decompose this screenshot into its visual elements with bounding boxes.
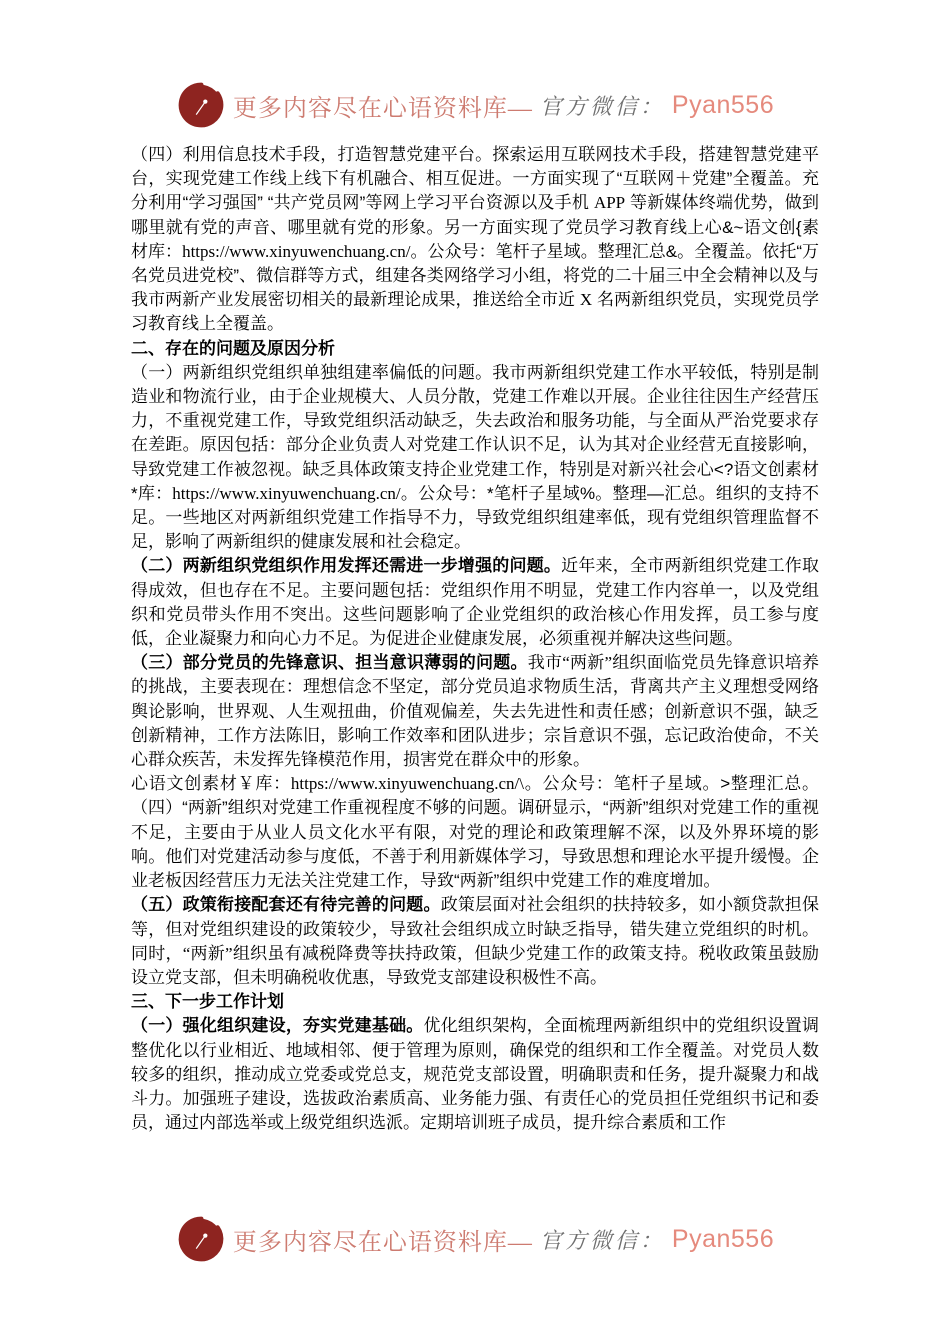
paragraph-problem-1: （一）两新组织党组织单独组建率偏低的问题。我市两新组织党建工作水平较低，特别是制… — [131, 361, 819, 555]
paragraph-problem-2: （二）两新组织党组织作用发挥还需进一步增强的问题。近年来，全市两新组织党建工作取… — [131, 554, 819, 651]
text-segment-bold: （三）部分党员的先锋意识、担当意识薄弱的问题。 — [131, 653, 528, 672]
text-segment-url: https://www.xinyuwenchuang.cn/ — [182, 242, 410, 261]
watermark-text-wechat-label: 官方微信： — [540, 90, 665, 121]
text-segment-bold: （二）两新组织党组织作用发挥还需进一步增强的问题。 — [131, 556, 561, 575]
heading-section-3: 三、下一步工作计划 — [131, 990, 819, 1014]
text-segment-bold: （五）政策衔接配套还有待完善的问题。 — [131, 895, 441, 914]
paragraph-problem-3: （三）部分党员的先锋意识、担当意识薄弱的问题。我市“两新”组织面临党员先锋意识培… — [131, 651, 819, 772]
pen-nib-circle-logo — [176, 80, 226, 130]
heading-section-2: 二、存在的问题及原因分析 — [131, 337, 819, 361]
watermark-wechat-id: Pyan556 — [672, 1225, 774, 1254]
text-segment-url: https://www.xinyuwenchuang.cn/ — [172, 484, 400, 503]
paragraph-problem-5: （五）政策衔接配套还有待完善的问题。政策层面对社会组织的扶持较多，如小额贷款担保… — [131, 893, 819, 990]
document-body: （四）利用信息技术手段，打造智慧党建平台。探索运用互联网技术手段，搭建智慧党建平… — [131, 143, 819, 1135]
text-segment-sans: 心语文创素材￥库： — [131, 774, 291, 793]
paragraph-plan-1: （一）强化组织建设，夯实党建基础。优化组织架构，全面梳理两新组织中的党组织设置调… — [131, 1014, 819, 1135]
watermark-text-main: 更多内容尽在心语资料库— — [233, 1222, 533, 1257]
watermark-text-main: 更多内容尽在心语资料库— — [233, 88, 533, 123]
text-segment-bold: （一）强化组织建设，夯实党建基础。 — [131, 1016, 424, 1035]
text-segment-latin: X — [580, 290, 592, 309]
watermark-text-wechat-label: 官方微信： — [540, 1224, 665, 1255]
text-segment-url: https://www.xinyuwenchuang.cn/\ — [291, 774, 524, 793]
footer-watermark: 更多内容尽在心语资料库—官方微信：Pyan556 — [0, 1214, 950, 1264]
text-segment-latin: APP — [594, 193, 625, 212]
document-page: 更多内容尽在心语资料库—官方微信：Pyan556 （四）利用信息技术手段，打造智… — [0, 0, 950, 1344]
watermark-wechat-id: Pyan556 — [672, 91, 774, 120]
text-segment-heading: 三、下一步工作计划 — [131, 992, 284, 1011]
pen-nib-circle-logo — [176, 1214, 226, 1264]
text-segment-sans: （一）两新组织党组织单独组建率偏低的问题。我市两新组织党建工作水平较低，特别是制… — [131, 363, 819, 503]
header-watermark: 更多内容尽在心语资料库—官方微信：Pyan556 — [0, 80, 950, 130]
paragraph-problem-4: 心语文创素材￥库：https://www.xinyuwenchuang.cn/\… — [131, 772, 819, 893]
text-segment-heading: 二、存在的问题及原因分析 — [131, 339, 335, 358]
paragraph-si-smart-platform: （四）利用信息技术手段，打造智慧党建平台。探索运用互联网技术手段，搭建智慧党建平… — [131, 143, 819, 337]
